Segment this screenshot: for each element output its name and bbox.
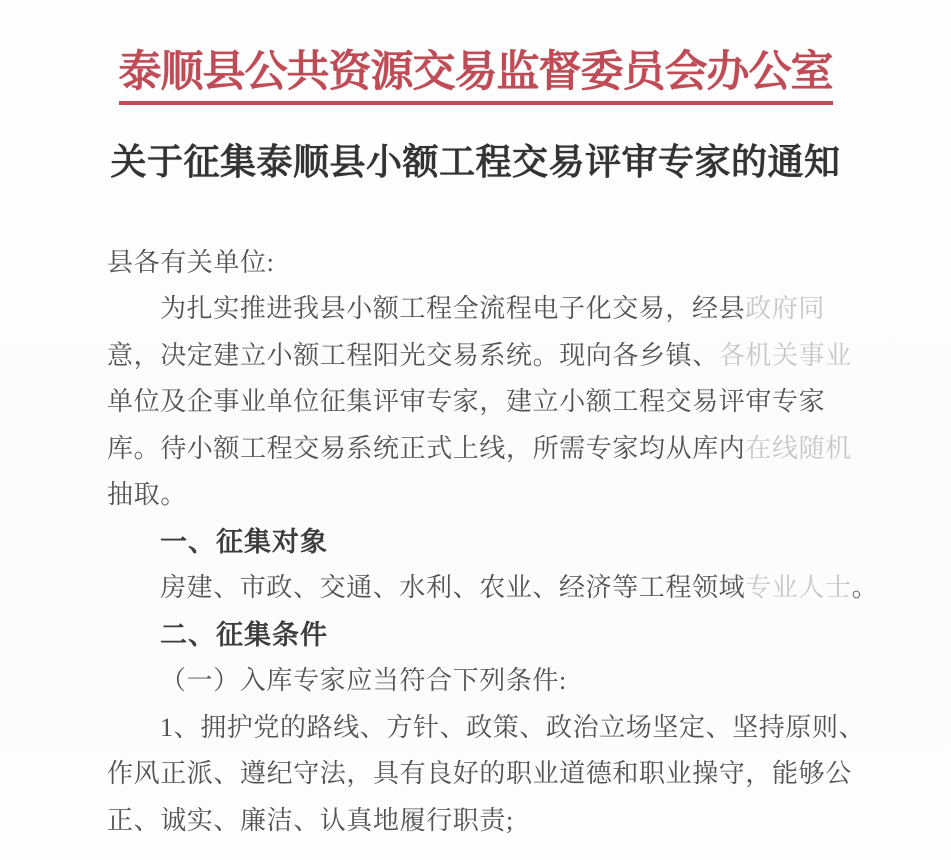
body-line: 意，决定建立小额工程阳光交易系统。现向各乡镇、各机关事业: [107, 333, 851, 380]
section-heading: 二、征集条件: [107, 612, 851, 659]
text-segment: 一、征集对象: [160, 527, 328, 557]
text-segment: （一）入库专家应当符合下列条件:: [160, 666, 567, 695]
body-line: 为扎实推进我县小额工程全流程电子化交易，经县政府同: [107, 286, 851, 333]
body-line: 1、拥护党的路线、方针、政策、政治立场坚定、坚持原则、: [107, 705, 851, 752]
faded-text-segment: 在线随机: [745, 434, 851, 463]
text-segment: 作风正派、遵纪守法，具有良好的职业道德和职业操守，能够公: [107, 759, 852, 788]
text-segment: 为扎实推进我县小额工程全流程电子化交易，经县: [160, 294, 745, 323]
body-line: 房建、市政、交通、水利、农业、经济等工程领域专业人士。: [107, 565, 851, 612]
text-segment: 单位及企事业单位征集评审专家，建立小额工程交易评审专家: [107, 387, 825, 416]
section-heading: 一、征集对象: [107, 519, 851, 566]
faded-text-segment: 政府同: [745, 294, 825, 323]
text-segment: 1、拥护党的路线、方针、政策、政治立场坚定、坚持原则、: [160, 713, 865, 742]
document-page: 泰顺县公共资源交易监督委员会办公室 关于征集泰顺县小额工程交易评审专家的通知 县…: [0, 0, 951, 860]
text-segment: 房建、市政、交通、水利、农业、经济等工程领域: [160, 573, 745, 602]
text-segment: 二、征集条件: [160, 620, 328, 650]
text-segment: 县各有关单位:: [107, 248, 274, 277]
body-line: 县各有关单位:: [107, 240, 851, 287]
body-line: 单位及企事业单位征集评审专家，建立小额工程交易评审专家: [107, 379, 851, 426]
office-header-text: 泰顺县公共资源交易监督委员会办公室: [119, 49, 833, 105]
document-body: 县各有关单位:为扎实推进我县小额工程全流程电子化交易，经县政府同意，决定建立小额…: [107, 240, 851, 845]
text-segment: 正、诚实、廉洁、认真地履行职责;: [107, 806, 514, 835]
faded-text-segment: 各机关事业: [719, 341, 852, 370]
text-segment: 抽取。: [107, 480, 187, 509]
body-line: 抽取。: [107, 472, 851, 519]
document-title: 关于征集泰顺县小额工程交易评审专家的通知: [0, 142, 951, 183]
faded-text-segment: 专业人士: [745, 573, 851, 602]
office-header: 泰顺县公共资源交易监督委员会办公室: [0, 0, 951, 105]
text-segment: 库。待小额工程交易系统正式上线，所需专家均从库内: [107, 434, 745, 463]
body-line: 库。待小额工程交易系统正式上线，所需专家均从库内在线随机: [107, 426, 851, 473]
body-line: 作风正派、遵纪守法，具有良好的职业道德和职业操守，能够公: [107, 751, 851, 798]
body-line: 正、诚实、廉洁、认真地履行职责;: [107, 798, 851, 845]
text-segment: 意，决定建立小额工程阳光交易系统。现向各乡镇、: [107, 341, 719, 370]
body-line: （一）入库专家应当符合下列条件:: [107, 658, 851, 705]
text-segment: 。: [852, 573, 879, 602]
